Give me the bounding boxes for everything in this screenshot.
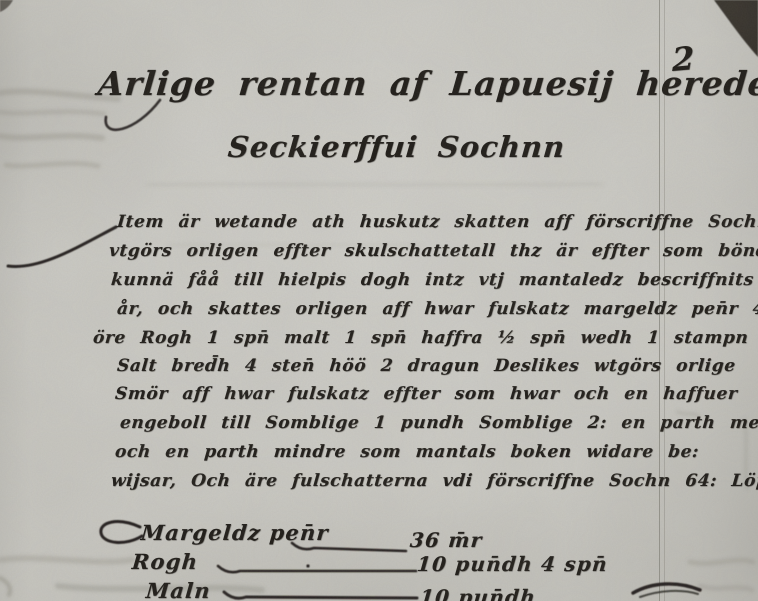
body-line: wijsar, Och äre fulschatterna vdi förscr… [110, 471, 758, 491]
summary-value: 10 pun̄dh 4 spn̄ [416, 552, 609, 576]
summary-flourish [101, 522, 142, 543]
manuscript-page: 2 Arlige rentan af Lapuesij herede Secki… [0, 0, 758, 601]
body-line: och en parth mindre som mantals boken wi… [114, 442, 700, 462]
leader-line [218, 566, 416, 572]
opening-flourish [8, 227, 116, 266]
corner-mark [0, 0, 13, 12]
page-title: Arlige rentan af Lapuesij herede [96, 64, 758, 103]
title-flourish [106, 100, 160, 130]
body-line: Salt bred̄h 4 sten̄ höö 2 dragun Deslike… [116, 356, 736, 376]
corner-shadow [714, 0, 758, 57]
body-line: öre Rogh 1 spn̄ malt 1 spn̄ haffra ½ spn… [92, 328, 749, 348]
body-line: engeboll till Somblige 1 pundh Somblige … [119, 413, 758, 433]
leader-line [224, 592, 417, 598]
body-line: Smör aff hwar fulskatz effter som hwar o… [114, 384, 738, 404]
summary-value: 36 m̄r [409, 528, 484, 552]
body-line: år, och skattes orligen aff hwar fulskat… [116, 299, 758, 319]
maln-swash [633, 584, 700, 593]
body-line: kunnä fåå till hielpis dogh intz vtj man… [110, 270, 755, 290]
summary-label: Rogh [131, 549, 199, 574]
page-subtitle: Seckierffui Sochnn [227, 130, 567, 164]
body-line: vtgörs orligen effter skulschattetall th… [108, 241, 758, 261]
summary-value: 10 pun̄dh [419, 585, 537, 601]
summary-label: Margeldz pen̄r [140, 520, 330, 545]
body-line: Item är wetande ath huskutz skatten aff … [116, 212, 758, 232]
summary-label: Maln [145, 578, 212, 601]
